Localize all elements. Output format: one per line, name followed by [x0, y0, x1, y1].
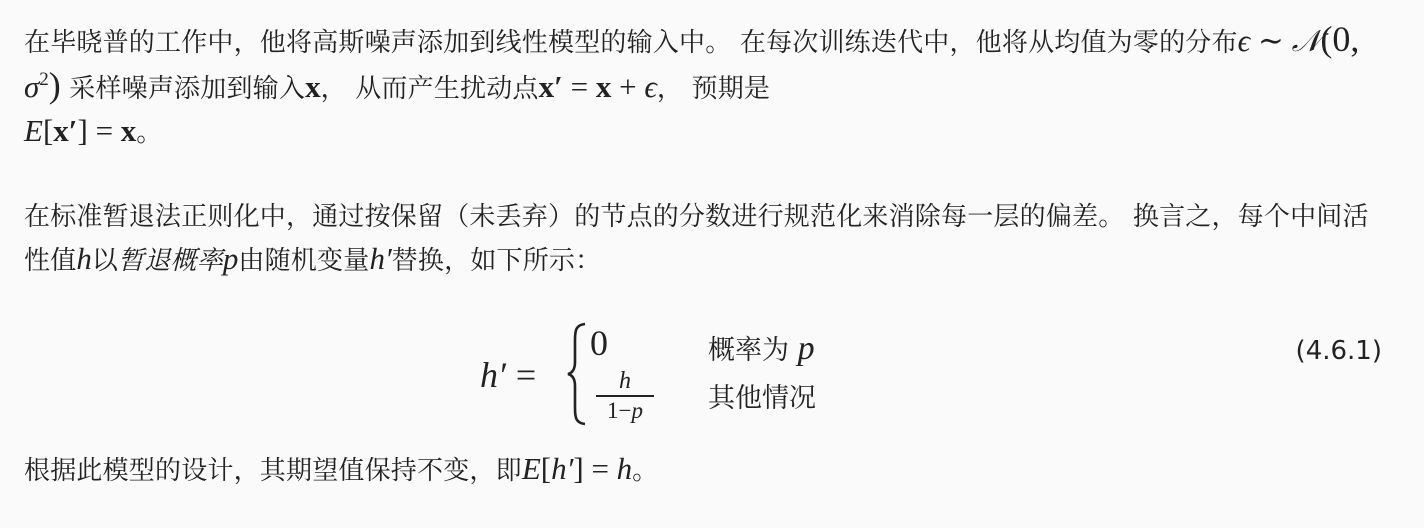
math-bracket: [ — [43, 113, 53, 148]
text: 。 — [136, 118, 162, 148]
document-page: 在毕晓普的工作中，他将高斯噪声添加到线性模型的输入中。 在每次训练迭代中，他将从… — [0, 0, 1424, 528]
math-expectation-h: E[h′] = h — [522, 451, 632, 486]
math-equals: = — [516, 355, 536, 395]
math-bracket: [ — [541, 451, 551, 486]
text: 以 — [92, 246, 118, 276]
math-square: 2 — [39, 69, 49, 90]
emphasis-dropout-probability: 暂退概率 — [118, 246, 223, 276]
left-brace-icon — [566, 322, 588, 426]
text: 采样噪声添加到输入 — [61, 74, 305, 104]
math-xprime: x′ — [539, 69, 563, 104]
math-hprime: h′ — [369, 241, 391, 276]
math-args: (0, — [1320, 19, 1359, 59]
math-x: x — [305, 69, 321, 104]
text: ， 从而产生扰动点 — [321, 74, 539, 104]
math-xprime: x′ — [53, 113, 77, 148]
equation-lhs: h′= — [480, 354, 536, 396]
case-value-fraction: h 1−p — [596, 368, 654, 423]
text: ， 预期是 — [657, 74, 770, 104]
math-bracket: ] — [77, 113, 87, 148]
math-normal: 𝒩 — [1292, 24, 1321, 59]
math-equals: = — [563, 69, 596, 104]
text: 根据此模型的设计，其期望值保持不变，即 — [24, 456, 522, 486]
case-value-zero: 0 — [590, 322, 608, 364]
text: 替换，如下所示： — [392, 246, 602, 276]
fraction-numerator: h — [596, 368, 654, 394]
math-equals: = — [584, 451, 617, 486]
math-expectation: E[x′] = x — [24, 113, 136, 148]
paragraph-gaussian-noise: 在毕晓普的工作中，他将高斯噪声添加到线性模型的输入中。 在每次训练迭代中，他将从… — [24, 18, 1384, 154]
display-equation-dropout: h′= 0 h 1−p 概率为 p 其他情况 (4.6.1) — [0, 318, 1424, 438]
fraction-denominator: 1−p — [596, 399, 654, 423]
math-args-close: ) — [49, 65, 61, 105]
paragraph-expectation: 根据此模型的设计，其期望值保持不变，即E[h′] = h。 — [24, 448, 1384, 492]
equation-number: (4.6.1) — [1296, 336, 1382, 366]
math-E: E — [24, 113, 43, 148]
math-epsilon: ϵ — [644, 69, 657, 104]
math-bracket: ] — [573, 451, 583, 486]
math-h: h — [617, 451, 633, 486]
math-minus: − — [619, 398, 632, 423]
math-p: p — [631, 398, 643, 423]
math-hprime: h′ — [480, 355, 506, 395]
math-x-bold: x — [596, 69, 612, 104]
case-condition-otherwise: 其他情况 — [708, 376, 816, 415]
math-perturbation: x′ = x + ϵ — [539, 69, 657, 104]
text: 。 — [632, 456, 658, 486]
math-h: h — [76, 241, 92, 276]
math-sim: ∼ — [1250, 23, 1291, 58]
math-plus: + — [611, 69, 644, 104]
math-p: p — [223, 241, 239, 276]
math-one: 1 — [607, 398, 619, 423]
text: 由随机变量 — [238, 246, 369, 276]
math-sigma: σ — [24, 69, 39, 104]
fraction-bar — [596, 395, 654, 397]
condition-text: 概率为 — [708, 335, 798, 366]
math-epsilon: ϵ — [1238, 23, 1251, 58]
text: 在毕晓普的工作中，他将高斯噪声添加到线性模型的输入中。 在每次训练迭代中，他将从… — [24, 28, 1238, 58]
math-p: p — [798, 330, 815, 367]
math-equals: = — [88, 113, 121, 148]
math-x-bold: x — [305, 69, 321, 104]
math-hprime: h′ — [551, 451, 573, 486]
math-x-bold: x — [121, 113, 137, 148]
case-condition-probability: 概率为 p — [708, 328, 815, 368]
math-E: E — [522, 451, 541, 486]
paragraph-dropout-normalization: 在标准暂退法正则化中，通过按保留（未丢弃）的节点的分数进行规范化来消除每一层的偏… — [24, 196, 1384, 282]
